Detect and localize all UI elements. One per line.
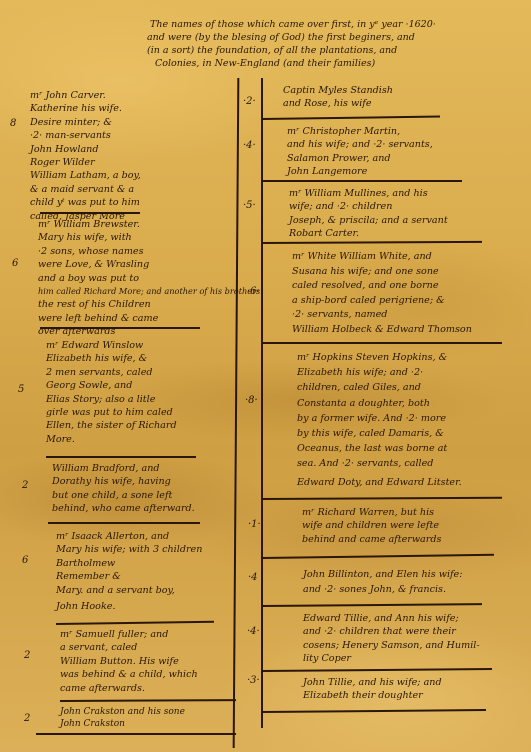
entry-line: Katherine his wife.: [30, 102, 141, 115]
column-divider-left: [233, 78, 240, 748]
household-count: 2: [24, 713, 30, 724]
entry-line: John Billinton, and Elen his wife:: [303, 567, 462, 582]
entry-line: over afterwards: [38, 325, 260, 338]
entry-line: children, caled Giles, and: [297, 380, 462, 395]
manuscript-page: The names of those which came over first…: [0, 0, 531, 752]
column-divider-right: [261, 78, 263, 728]
household-count: 6: [12, 258, 18, 269]
household-count: 8: [10, 118, 16, 129]
entry-line: Susana his wife; and one sone: [292, 265, 472, 280]
entry-line: girle was put to him caled: [46, 406, 177, 419]
entry-line: ·2 sons, whose names: [38, 245, 260, 258]
entry-line: were left behind & came: [38, 312, 260, 325]
entry-line: Mary. and a servant boy,: [56, 584, 202, 597]
household-entry-martin: mʳ Christopher Martin, and his wife; and…: [287, 125, 433, 179]
entry-divider: [46, 456, 196, 458]
entry-line: Edward Doty, and Edward Litster.: [297, 475, 462, 490]
entry-line: John Tillie, and his wife; and: [303, 676, 442, 689]
entry-line: Dorathy his wife, having: [52, 475, 195, 488]
entry-line: John Hooke.: [56, 600, 202, 613]
household-count: ·6·: [247, 286, 260, 297]
entry-line: John Crakston: [60, 719, 185, 731]
entry-line: William Button. His wife: [60, 655, 198, 668]
household-entry-allerton: mʳ Isaack Allerton, and Mary his wife; w…: [56, 530, 202, 613]
household-entry-warren: mʳ Richard Warren, but his wife and chil…: [302, 506, 441, 546]
entry-line: by a former wife. And ·2· more: [297, 411, 462, 426]
entry-divider: [60, 699, 236, 702]
household-count: 6: [22, 555, 28, 566]
entry-divider: [262, 668, 492, 672]
title-line: and were (by the blesing of God) the fir…: [147, 31, 450, 44]
entry-line: William Holbeck & Edward Thomson: [292, 323, 472, 338]
household-entry-billington: John Billinton, and Elen his wife: and ·…: [303, 567, 462, 597]
household-entry-white: mʳ White William White, and Susana his w…: [292, 250, 472, 338]
entry-line: him called Richard More; and another of …: [38, 285, 260, 298]
entry-line: mʳ White William White, and: [292, 250, 472, 265]
household-count: ·4: [248, 572, 258, 583]
entry-line: Elizabeth his wife, &: [46, 352, 177, 365]
household-entry-standish: Captin Myles Standish and Rose, his wife: [283, 84, 393, 111]
entry-divider: [262, 116, 440, 120]
entry-line: Bartholmew: [56, 557, 202, 570]
entry-line: John Langemore: [287, 165, 433, 178]
document-title: The names of those which came over first…: [150, 18, 450, 70]
entry-line: Remember &: [56, 570, 202, 583]
entry-line: Elias Story; also a litle: [46, 393, 177, 406]
household-entry-crakston: John Crakston and his sone John Crakston: [60, 707, 185, 730]
entry-line: and a boy was put to: [38, 272, 260, 285]
entry-line: Constanta a doughter, both: [297, 396, 462, 411]
entry-line: Desire minter; &: [30, 116, 141, 129]
entry-line: and his wife; and ·2· servants,: [287, 138, 433, 151]
entry-line: Georg Sowle, and: [46, 379, 177, 392]
entry-line: behind and came afterwards: [302, 533, 441, 546]
entry-divider: [48, 522, 200, 524]
entry-line: ·2· servants, named: [292, 308, 472, 323]
entry-line: a servant, caled: [60, 641, 198, 654]
entry-line: Salamon Prower, and: [287, 152, 433, 165]
entry-line: John Howland: [30, 143, 141, 156]
entry-line: Mary his wife; with 3 children: [56, 543, 202, 556]
entry-divider: [262, 554, 494, 559]
entry-line: Joseph, & priscila; and a servant: [289, 214, 448, 227]
entry-line: mʳ John Carver.: [30, 89, 141, 102]
household-entry-fuller: mʳ Samuell fuller; and a servant, caled …: [60, 628, 198, 695]
household-count: 5: [18, 384, 24, 395]
household-count: ·8·: [245, 395, 258, 406]
entry-line: behind, who came afterward.: [52, 502, 195, 515]
household-count: ·5·: [243, 200, 256, 211]
entry-line: John Crakston and his sone: [60, 707, 185, 719]
household-entry-mullins: mʳ William Mullines, and his wife; and ·…: [289, 187, 448, 241]
entry-line: mʳ Hopkins Steven Hopkins, &: [297, 350, 462, 365]
entry-line: Roger Wilder: [30, 156, 141, 169]
entry-line: cosens; Henery Samson, and Humil-: [303, 639, 480, 652]
entry-divider: [262, 497, 502, 500]
entry-line: lity Coper: [303, 652, 480, 665]
entry-line: and ·2· children that were their: [303, 625, 480, 638]
household-count: 2: [22, 480, 28, 491]
household-count: ·2·: [243, 96, 256, 107]
entry-line: Captin Myles Standish: [283, 84, 393, 97]
entry-line: & a maid servant & a: [30, 183, 141, 196]
household-count: ·4·: [247, 626, 260, 637]
entry-line: William Latham, a boy,: [30, 169, 141, 182]
entry-line: mʳ Isaack Allerton, and: [56, 530, 202, 543]
entry-line: mʳ Samuell fuller; and: [60, 628, 198, 641]
entry-line: a ship-bord caled perigriene; &: [292, 294, 472, 309]
household-entry-bradford: William Bradford, and Dorathy his wife, …: [52, 462, 195, 516]
entry-divider: [262, 709, 486, 713]
entry-line: Elizabeth his wife; and ·2·: [297, 365, 462, 380]
entry-line: came afterwards.: [60, 682, 198, 695]
entry-divider: [262, 342, 502, 344]
household-entry-edward-tillie: Edward Tillie, and Ann his wife; and ·2·…: [303, 612, 480, 666]
entry-line: and ·2· sones John, & francis.: [303, 582, 462, 597]
entry-line: Robart Carter.: [289, 227, 448, 240]
entry-line: 2 men servants, caled: [46, 366, 177, 379]
entry-line: wife and children were lefte: [302, 519, 441, 532]
entry-line: mʳ Richard Warren, but his: [302, 506, 441, 519]
household-entry-carver: mʳ John Carver. Katherine his wife. Desi…: [30, 89, 141, 223]
entry-line: William Bradford, and: [52, 462, 195, 475]
entry-line: Elizabeth their doughter: [303, 689, 442, 702]
entry-divider: [36, 733, 236, 735]
entry-divider: [262, 180, 462, 182]
household-count: ·1·: [248, 519, 261, 530]
entry-line: sea. And ·2· servants, called: [297, 456, 462, 471]
entry-line: Mary his wife, with: [38, 231, 260, 244]
entry-line: Ellen, the sister of Richard: [46, 419, 177, 432]
household-count: ·3·: [247, 675, 260, 686]
title-line: The names of those which came over first…: [150, 18, 450, 31]
entry-divider: [262, 241, 482, 244]
entry-line: ·2· man-servants: [30, 129, 141, 142]
household-entry-winslow: mʳ Edward Winslow Elizabeth his wife, & …: [46, 339, 177, 446]
entry-line: Edward Tillie, and Ann his wife;: [303, 612, 480, 625]
entry-line: mʳ William Mullines, and his: [289, 187, 448, 200]
entry-line: was behind & a child, which: [60, 668, 198, 681]
entry-line: the rest of his Children: [38, 298, 260, 311]
household-entry-hopkins: mʳ Hopkins Steven Hopkins, & Elizabeth h…: [297, 350, 462, 490]
entry-line: were Love, & Wrasling: [38, 258, 260, 271]
entry-line: caled resolved, and one borne: [292, 279, 472, 294]
entry-line: by this wife, caled Damaris, &: [297, 426, 462, 441]
entry-line: Oceanus, the last was borne at: [297, 441, 462, 456]
household-entry-john-tillie: John Tillie, and his wife; and Elizabeth…: [303, 676, 442, 703]
title-line: Colonies, in New-England (and their fami…: [155, 57, 450, 70]
entry-line: mʳ Edward Winslow: [46, 339, 177, 352]
entry-divider: [56, 621, 214, 625]
entry-line: wife; and ·2· children: [289, 200, 448, 213]
entry-line: mʳ Christopher Martin,: [287, 125, 433, 138]
household-count: ·4·: [243, 140, 256, 151]
entry-divider: [262, 603, 482, 607]
title-line: (in a sort) the foundation, of all the p…: [147, 44, 450, 57]
entry-line: mʳ William Brewster.: [38, 218, 260, 231]
entry-line: and Rose, his wife: [283, 97, 393, 110]
entry-line: More.: [46, 433, 177, 446]
entry-line: but one child, a sone left: [52, 489, 195, 502]
household-entry-brewster: mʳ William Brewster. Mary his wife, with…: [38, 218, 260, 339]
household-count: 2: [24, 650, 30, 661]
entry-line: child yᵗ was put to him: [30, 196, 141, 209]
